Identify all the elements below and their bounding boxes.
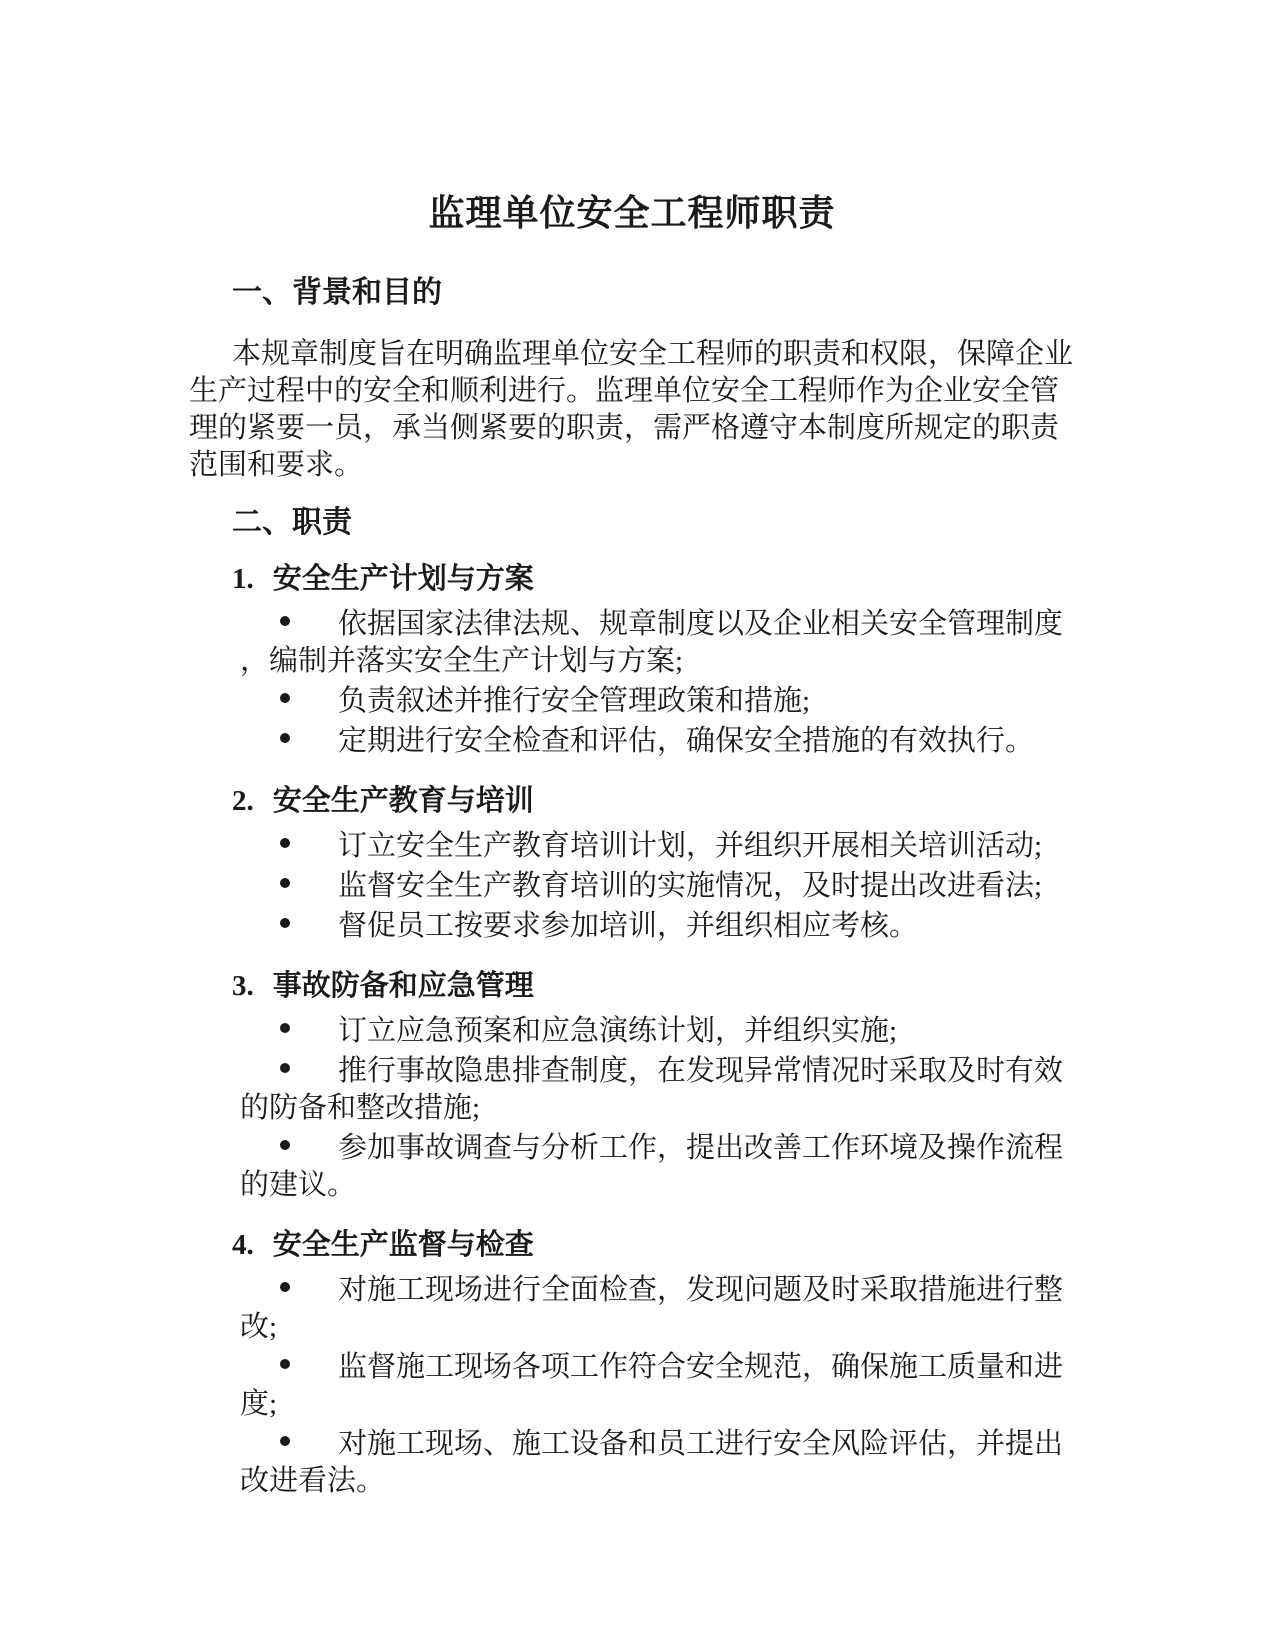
bullet-text: 订立安全生产教育培训计划，并组织开展相关培训活动; [338, 830, 1042, 862]
subsection-heading-1: 1.安全生产计划与方案 [232, 561, 1075, 598]
bullet-text: 负责叙述并推行安全管理政策和措施; [338, 685, 810, 717]
subsection-title: 安全生产教育与培训 [273, 785, 534, 817]
bullet-text: 订立应急预案和应急演练计划，并组织实施; [338, 1015, 897, 1047]
bullet-dot-icon [280, 616, 290, 626]
bullet-dot-icon [280, 1140, 290, 1150]
bullet-dot-icon [280, 693, 290, 703]
bullet-dot-icon [280, 733, 290, 743]
bullet-dot-icon [280, 1023, 290, 1033]
bullet-item: 依据国家法律法规、规章制度以及企业相关安全管理制度，编制并落实安全生产计划与方案… [240, 606, 1075, 680]
bullet-item: 监督安全生产教育培训的实施情况，及时提出改进看法; [240, 868, 1075, 905]
bullet-text: 监督施工现场各项工作符合安全规范，确保施工质量和进度; [240, 1351, 1063, 1420]
subsection-heading-3: 3.事故防备和应急管理 [232, 968, 1075, 1005]
bullet-text: 参加事故调查与分析工作，提出改善工作环境及操作流程的建议。 [240, 1132, 1063, 1201]
subsection-title: 事故防备和应急管理 [273, 970, 534, 1002]
section-heading-duties: 二、职责 [232, 504, 1075, 541]
document-page: 监理单位安全工程师职责 一、背景和目的 本规章制度旨在明确监理单位安全工程师的职… [0, 0, 1275, 1650]
bullet-item: 推行事故隐患排查制度，在发现异常情况时采取及时有效的防备和整改措施; [240, 1053, 1075, 1127]
intro-paragraph: 本规章制度旨在明确监理单位安全工程师的职责和权限，保障企业生产过程中的安全和顺利… [189, 336, 1075, 484]
subsection-number: 1. [232, 563, 254, 595]
section-heading-background-purpose: 一、背景和目的 [232, 274, 1075, 311]
bullet-text: 推行事故隐患排查制度，在发现异常情况时采取及时有效的防备和整改措施; [240, 1055, 1063, 1124]
document-title: 监理单位安全工程师职责 [189, 189, 1075, 237]
bullet-item: 监督施工现场各项工作符合安全规范，确保施工质量和进度; [240, 1349, 1075, 1423]
bullet-item: 参加事故调查与分析工作，提出改善工作环境及操作流程的建议。 [240, 1130, 1075, 1204]
bullet-dot-icon [280, 1436, 290, 1446]
bullet-dot-icon [280, 838, 290, 848]
subsection-number: 2. [232, 785, 254, 817]
bullet-dot-icon [280, 918, 290, 928]
bullet-text: 督促员工按要求参加培训，并组织相应考核。 [338, 910, 918, 942]
bullet-item: 订立安全生产教育培训计划，并组织开展相关培训活动; [240, 828, 1075, 865]
bullet-item: 对施工现场进行全面检查，发现问题及时采取措施进行整改; [240, 1272, 1075, 1346]
bullet-text: 对施工现场进行全面检查，发现问题及时采取措施进行整改; [240, 1274, 1063, 1343]
bullet-dot-icon [280, 878, 290, 888]
subsection-heading-2: 2.安全生产教育与培训 [232, 783, 1075, 820]
subsection-title: 安全生产计划与方案 [273, 563, 534, 595]
bullet-dot-icon [280, 1359, 290, 1369]
bullet-text: 对施工现场、施工设备和员工进行安全风险评估，并提出改进看法。 [240, 1428, 1063, 1497]
subsection-title: 安全生产监督与检查 [273, 1229, 534, 1261]
bullet-item: 负责叙述并推行安全管理政策和措施; [240, 683, 1075, 720]
document-content: 监理单位安全工程师职责 一、背景和目的 本规章制度旨在明确监理单位安全工程师的职… [189, 189, 1075, 1500]
bullet-text: 监督安全生产教育培训的实施情况，及时提出改进看法; [338, 870, 1042, 902]
bullet-item: 督促员工按要求参加培训，并组织相应考核。 [240, 908, 1075, 945]
subsection-heading-4: 4.安全生产监督与检查 [232, 1227, 1075, 1264]
subsection-number: 3. [232, 970, 254, 1002]
bullet-dot-icon [280, 1063, 290, 1073]
bullet-text: 定期进行安全检查和评估，确保安全措施的有效执行。 [338, 725, 1034, 757]
bullet-text: 依据国家法律法规、规章制度以及企业相关安全管理制度，编制并落实安全生产计划与方案… [240, 608, 1063, 677]
bullet-item: 订立应急预案和应急演练计划，并组织实施; [240, 1013, 1075, 1050]
bullet-dot-icon [280, 1282, 290, 1292]
bullet-item: 对施工现场、施工设备和员工进行安全风险评估，并提出改进看法。 [240, 1426, 1075, 1500]
bullet-item: 定期进行安全检查和评估，确保安全措施的有效执行。 [240, 723, 1075, 760]
subsection-number: 4. [232, 1229, 254, 1261]
